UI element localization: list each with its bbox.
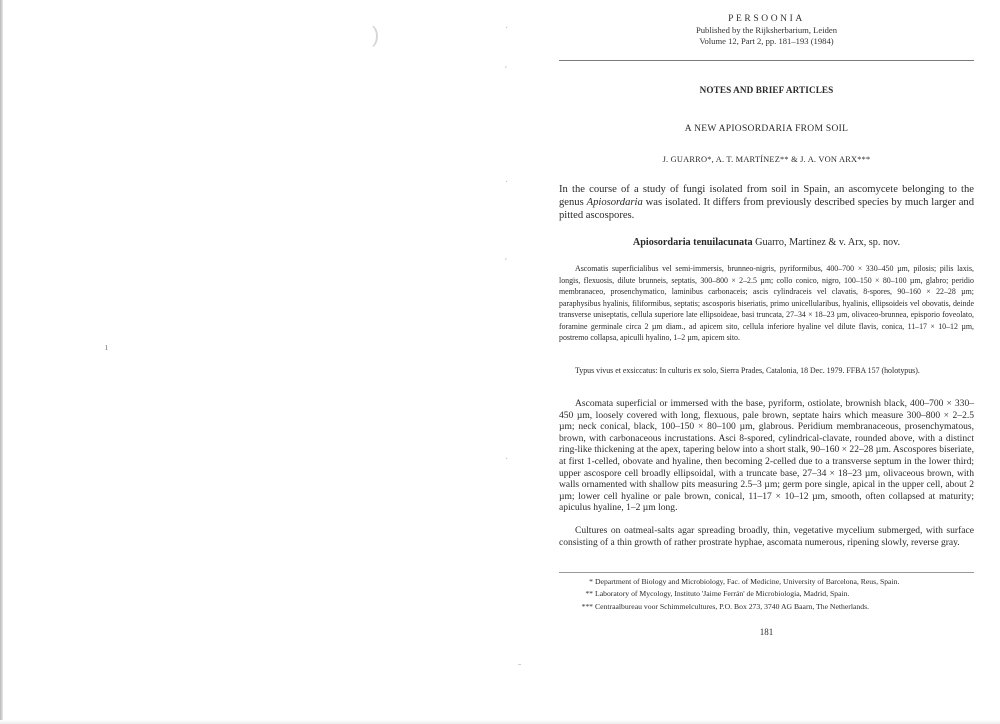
footnote-text: Department of Biology and Microbiology, … bbox=[595, 577, 899, 586]
right-page: PERSOONIA Published by the Rijksherbariu… bbox=[559, 0, 974, 724]
footnote-text: Centraalbureau voor Schimmelcultures, P.… bbox=[595, 602, 869, 611]
article-title: A NEW APIOSORDARIA FROM SOIL bbox=[559, 124, 974, 134]
journal-header: PERSOONIA Published by the Rijksherbariu… bbox=[559, 14, 974, 47]
typus-statement: Typus vivus et exsiccatus: In culturis e… bbox=[559, 365, 974, 377]
scan-artifact-paren: ) bbox=[372, 22, 379, 48]
footnote-1: *Department of Biology and Microbiology,… bbox=[559, 576, 974, 588]
footnotes: *Department of Biology and Microbiology,… bbox=[559, 576, 974, 613]
footnote-marker: *** bbox=[573, 601, 595, 613]
footnote-marker: * bbox=[573, 576, 595, 588]
section-title: NOTES AND BRIEF ARTICLES bbox=[559, 85, 974, 95]
footnote-text: Laboratory of Mycology, Instituto 'Jaime… bbox=[595, 589, 849, 598]
scan-speck: · bbox=[505, 24, 508, 34]
scan-speck: ' bbox=[505, 258, 507, 268]
latin-description: Ascomatis superficialibus vel semi-immer… bbox=[559, 263, 974, 344]
species-heading: Apiosordaria tenuilacunata Guarro, Martí… bbox=[559, 237, 974, 248]
footnote-rule bbox=[559, 572, 974, 573]
intro-genus: Apiosordaria bbox=[587, 197, 643, 208]
scan-speck: · bbox=[505, 178, 508, 188]
scan-left-edge bbox=[0, 0, 3, 724]
cultures-paragraph: Cultures on oatmeal-salts agar spreading… bbox=[559, 525, 974, 548]
header-rule bbox=[559, 60, 974, 61]
journal-volume: Volume 12, Part 2, pp. 181–193 (1984) bbox=[559, 36, 974, 47]
scan-speck: ı bbox=[105, 343, 108, 353]
species-authority: Guarro, Martínez & v. Arx, sp. nov. bbox=[753, 237, 901, 248]
journal-publisher: Published by the Rijksherbarium, Leiden bbox=[559, 25, 974, 36]
species-name: Apiosordaria tenuilacunata bbox=[633, 237, 753, 248]
footnote-3: ***Centraalbureau voor Schimmelcultures,… bbox=[559, 601, 974, 613]
scan-speck: · bbox=[505, 455, 508, 465]
scan-speck: ' bbox=[505, 66, 507, 76]
footnote-marker: ** bbox=[573, 588, 595, 600]
article-authors: J. GUARRO*, A. T. MARTÍNEZ** & J. A. VON… bbox=[559, 155, 974, 164]
intro-paragraph: In the course of a study of fungi isolat… bbox=[559, 183, 974, 223]
scan-speck: - bbox=[518, 660, 521, 670]
page-number: 181 bbox=[559, 627, 974, 637]
footnote-2: **Laboratory of Mycology, Instituto 'Jai… bbox=[559, 588, 974, 600]
english-description: Ascomata superficial or immersed with th… bbox=[559, 398, 974, 514]
journal-name: PERSOONIA bbox=[559, 14, 974, 25]
